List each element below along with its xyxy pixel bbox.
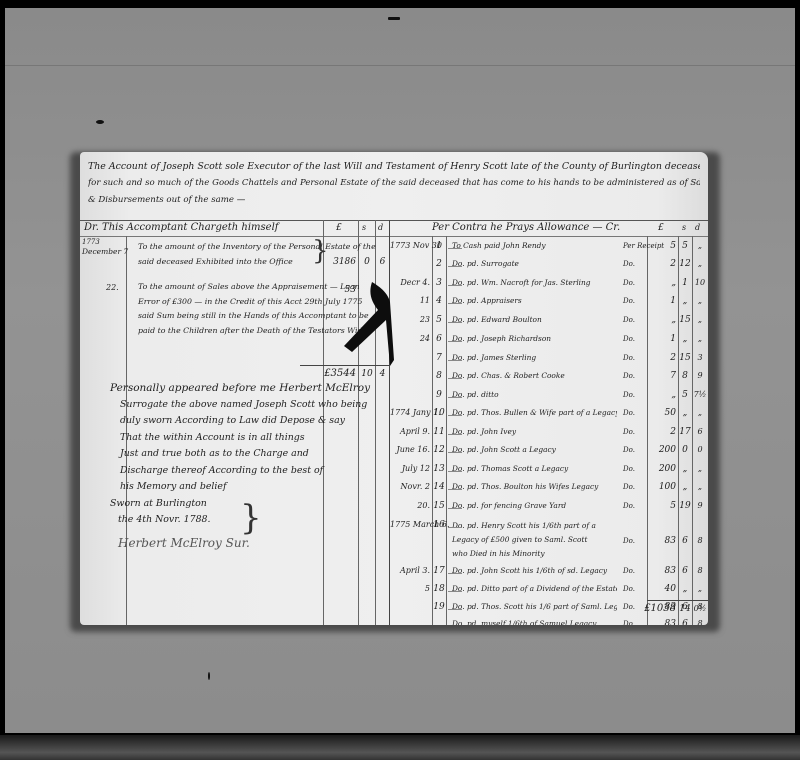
film-edge: [0, 735, 800, 760]
entry-voucher: Do.: [623, 618, 635, 625]
pounds-header: £: [658, 223, 664, 233]
entry-number: 12: [432, 444, 446, 456]
entry-date: December 7: [82, 246, 128, 258]
entry-shillings: 12: [678, 258, 692, 270]
pence-header: d: [378, 223, 383, 232]
surrogate-signature: Herbert McElroy Sur.: [118, 536, 250, 550]
entry-voucher: Do.: [623, 500, 635, 512]
dust-speck: [208, 672, 210, 680]
entry-shillings: „: [678, 583, 692, 595]
shillings-header: s: [682, 223, 686, 232]
entry-pence: „: [692, 583, 708, 595]
entry-number: 16: [432, 519, 446, 531]
row-leader: [448, 452, 462, 453]
entry-pounds: „: [636, 314, 676, 326]
entry-shillings: 6: [678, 565, 692, 577]
entry-pence: „: [692, 240, 708, 252]
entry-voucher: Do.: [623, 314, 635, 326]
entry-description: Do. pd. Ditto part of a Dividend of the …: [452, 583, 617, 595]
document-header: The Account of Joseph Scott sole Executo…: [88, 158, 700, 209]
entry-pence: „: [692, 258, 708, 270]
entry-shillings: 1: [678, 277, 692, 289]
entry-shillings: 19: [678, 500, 692, 512]
entry-pounds: 5: [636, 240, 676, 252]
entry-pence: 8: [692, 618, 708, 625]
entry-description: Do. pd. Joseph Richardson: [452, 333, 617, 345]
entry-shillings: 17: [678, 426, 692, 438]
entry-pence: 9: [692, 500, 708, 512]
row-leader: [448, 397, 462, 398]
entry-pounds: 40: [636, 583, 676, 595]
entry-pounds: 3186: [326, 256, 356, 268]
entry-pounds: 200: [636, 463, 676, 475]
entry-date: 23: [390, 314, 430, 326]
entry-description: Do. pd. myself 1/6th of Samuel Legacy: [452, 618, 617, 625]
entry-pounds: 200: [636, 444, 676, 456]
entry-pence: 7½: [692, 389, 708, 401]
column-divider: [446, 236, 447, 625]
entry-year: 1773: [82, 238, 100, 246]
entry-pounds: 100: [636, 481, 676, 493]
entry-date: April 3.: [390, 565, 430, 577]
row-leader: [448, 285, 462, 286]
column-header-rule: [80, 236, 708, 237]
debit-total-pence: 4: [376, 368, 389, 380]
entry-pence: 6: [692, 426, 708, 438]
entry-description: Do. pd. John Scott his 1/6th of sd. Lega…: [452, 565, 617, 577]
entry-pounds: 83: [636, 565, 676, 577]
entry-description: Do. pd. for fencing Grave Yard: [452, 500, 617, 512]
entry-pounds: 2: [636, 352, 676, 364]
entry-pence: 3: [692, 352, 708, 364]
entry-voucher: Do.: [623, 463, 635, 475]
entry-date: 22.: [106, 282, 119, 294]
entry-shillings: „: [678, 407, 692, 419]
entry-shillings: 5: [678, 240, 692, 252]
entry-number: 9: [432, 389, 446, 401]
entry-shillings: 8: [678, 370, 692, 382]
sworn-statement: Sworn at Burlington the 4th Novr. 1788.: [110, 496, 310, 528]
pounds-header: £: [336, 223, 342, 233]
entry-date: June 16.: [390, 444, 430, 456]
entry-number: 14: [432, 481, 446, 493]
entry-shillings: 6: [678, 535, 692, 547]
entry-shillings: 5: [678, 389, 692, 401]
entry-pence: „: [692, 295, 708, 307]
entry-description: Do. pd. Thos. Boulton his Wifes Legacy: [452, 481, 617, 493]
debit-heading: Dr. This Accomptant Chargeth himself: [84, 222, 278, 233]
affidavit-line: Discharge thereof According to the best …: [110, 463, 380, 480]
header-line: The Account of Joseph Scott sole Executo…: [88, 158, 700, 175]
entry-voucher: Do.: [623, 481, 635, 493]
entry-pence: „: [692, 463, 708, 475]
entry-pounds: 83: [636, 618, 676, 625]
affidavit-line: That the within Account is in all things: [110, 430, 380, 447]
affidavit-line: Personally appeared before me Herbert Mc…: [110, 380, 380, 397]
affidavit-line: Just and true both as to the Charge and: [110, 446, 380, 463]
row-leader: [448, 303, 462, 304]
entry-description: Do. pd. Thomas Scott a Legacy: [452, 463, 617, 475]
entry-shillings: 0: [359, 256, 375, 268]
brace-mark: }: [240, 498, 262, 538]
entry-description: Do. pd. John Scott a Legacy: [452, 444, 617, 456]
entry-pounds: 2: [636, 258, 676, 270]
entry-description: Do. pd. James Sterling: [452, 352, 617, 364]
entry-number: 19: [432, 601, 446, 613]
entry-pence: 10: [692, 277, 708, 289]
entry-number: 18: [432, 583, 446, 595]
entry-pence: 8: [692, 565, 708, 577]
entry-pence: „: [692, 481, 708, 493]
entry-date: 5: [390, 583, 430, 595]
entry-pence: „: [692, 407, 708, 419]
entry-pounds: 2: [636, 426, 676, 438]
affidavit-text: Personally appeared before me Herbert Mc…: [110, 380, 380, 496]
entry-pounds: 1: [636, 295, 676, 307]
entry-voucher: Do.: [623, 407, 635, 419]
entry-voucher: Do.: [623, 389, 635, 401]
entry-pounds: „: [636, 389, 676, 401]
row-leader: [448, 266, 462, 267]
entry-date: Decr 4.: [390, 277, 430, 289]
row-leader: [448, 591, 462, 592]
row-leader: [448, 573, 462, 574]
entry-date: 24: [390, 333, 430, 345]
row-leader: [448, 322, 462, 323]
row-leader: [448, 415, 462, 416]
entry-voucher: Do.: [623, 535, 635, 547]
entry-pence: „: [692, 333, 708, 345]
entry-voucher: Do.: [623, 352, 635, 364]
pence-header: d: [695, 223, 700, 232]
entry-pounds: 50: [636, 407, 676, 419]
entry-number: 3: [432, 277, 446, 289]
entry-voucher: Do.: [623, 333, 635, 345]
row-leader: [448, 508, 462, 509]
entry-voucher: Do.: [623, 277, 635, 289]
entry-pounds: 83: [636, 601, 676, 613]
entry-voucher: Do.: [623, 426, 635, 438]
entry-description: To Cash paid John Rendy: [452, 240, 617, 252]
entry-number: 11: [432, 426, 446, 438]
entry-pounds: 5: [636, 500, 676, 512]
entry-description: Do. pd. Thos. Scott his 1/6 part of Saml…: [452, 601, 617, 613]
entry-number: 7: [432, 352, 446, 364]
entry-number: 2: [432, 258, 446, 270]
entry-voucher: Do.: [623, 258, 635, 270]
affidavit-line: Surrogate the above named Joseph Scott w…: [110, 397, 380, 414]
entry-voucher: Do.: [623, 601, 635, 613]
entry-number: 15: [432, 500, 446, 512]
entry-pence: 8: [692, 601, 708, 613]
entry-shillings: „: [678, 463, 692, 475]
entry-number: 6: [432, 333, 446, 345]
affidavit-line: his Memory and belief: [110, 479, 380, 496]
entry-date: 1774 Jany 1.: [390, 407, 430, 419]
entry-pounds: 7: [636, 370, 676, 382]
row-leader: [448, 471, 462, 472]
entry-description: Do. pd. Appraisers: [452, 295, 617, 307]
row-leader: [448, 341, 462, 342]
entry-shillings: 15: [678, 352, 692, 364]
dust-speck: [96, 120, 104, 124]
entry-description: Do. pd. Thos. Bullen & Wife part of a Le…: [452, 407, 617, 419]
entry-description: Do. pd. Wm. Nacroft for Jas. Sterling: [452, 277, 617, 289]
entry-shillings: „: [678, 333, 692, 345]
entry-pounds: „: [636, 277, 676, 289]
entry-pence: „: [692, 314, 708, 326]
entry-voucher: Do.: [623, 444, 635, 456]
sworn-line: the 4th Novr. 1788.: [110, 512, 310, 528]
entry-shillings: „: [678, 295, 692, 307]
entry-pounds: 1: [636, 333, 676, 345]
row-leader: [448, 489, 462, 490]
entry-shillings: 6: [678, 601, 692, 613]
entry-pence: 8: [692, 535, 708, 547]
entry-number: 10: [432, 407, 446, 419]
ledger-document: The Account of Joseph Scott sole Executo…: [80, 152, 708, 625]
entry-pence: 6: [376, 256, 389, 268]
row-leader: [448, 527, 462, 528]
entry-date: April 9.: [390, 426, 430, 438]
header-line: for such and so much of the Goods Chatte…: [88, 175, 700, 192]
dust-speck: [388, 17, 400, 20]
debit-total-pounds: £3544: [312, 368, 356, 380]
entry-date: 1775 March 6.: [390, 519, 430, 531]
entry-number: 4: [432, 295, 446, 307]
entry-date: Novr. 2: [390, 481, 430, 493]
entry-pence: 0: [692, 444, 708, 456]
entry-shillings: 6: [678, 618, 692, 625]
shillings-header: s: [362, 223, 366, 232]
entry-description: Do. pd. Chas. & Robert Cooke: [452, 370, 617, 382]
entry-date: 11: [390, 295, 430, 307]
entry-date: 20.: [390, 500, 430, 512]
entry-pounds: 83: [636, 535, 676, 547]
row-leader: [448, 378, 462, 379]
credit-heading: Per Contra he Prays Allowance — Cr.: [432, 222, 620, 233]
header-rule: [80, 220, 708, 221]
entry-voucher: Do.: [623, 370, 635, 382]
entry-shillings: 15: [678, 314, 692, 326]
row-leader: [448, 248, 462, 249]
row-leader: [448, 609, 462, 610]
entry-voucher: Do.: [623, 295, 635, 307]
entry-number: 17: [432, 565, 446, 577]
affidavit-line: duly sworn According to Law did Depose &…: [110, 413, 380, 430]
entry-date: July 12: [390, 463, 430, 475]
header-line: & Disbursements out of the same —: [88, 192, 700, 209]
debit-total-shillings: 10: [359, 368, 375, 380]
entry-number: 1: [432, 240, 446, 252]
entry-description: Do. pd. Edward Boulton: [452, 314, 617, 326]
entry-voucher: Do.: [623, 583, 635, 595]
total-rule: [300, 365, 389, 366]
entry-shillings: „: [678, 481, 692, 493]
entry-description: Do. pd. Henry Scott his 1/6th part of a …: [452, 519, 602, 561]
row-leader: [448, 360, 462, 361]
sworn-line: Sworn at Burlington: [110, 496, 310, 512]
entry-voucher: Do.: [623, 565, 635, 577]
entry-number: 13: [432, 463, 446, 475]
entry-description: Do. pd. Surrogate: [452, 258, 617, 270]
background-crease: [5, 65, 795, 66]
entry-date: 1773 Nov 30: [390, 240, 430, 252]
entry-description: Do. pd. John Ivey: [452, 426, 617, 438]
entry-number: 5: [432, 314, 446, 326]
entry-description: Do. pd. ditto: [452, 389, 617, 401]
entry-number: 8: [432, 370, 446, 382]
row-leader: [448, 434, 462, 435]
entry-pence: 9: [692, 370, 708, 382]
entry-shillings: 0: [678, 444, 692, 456]
